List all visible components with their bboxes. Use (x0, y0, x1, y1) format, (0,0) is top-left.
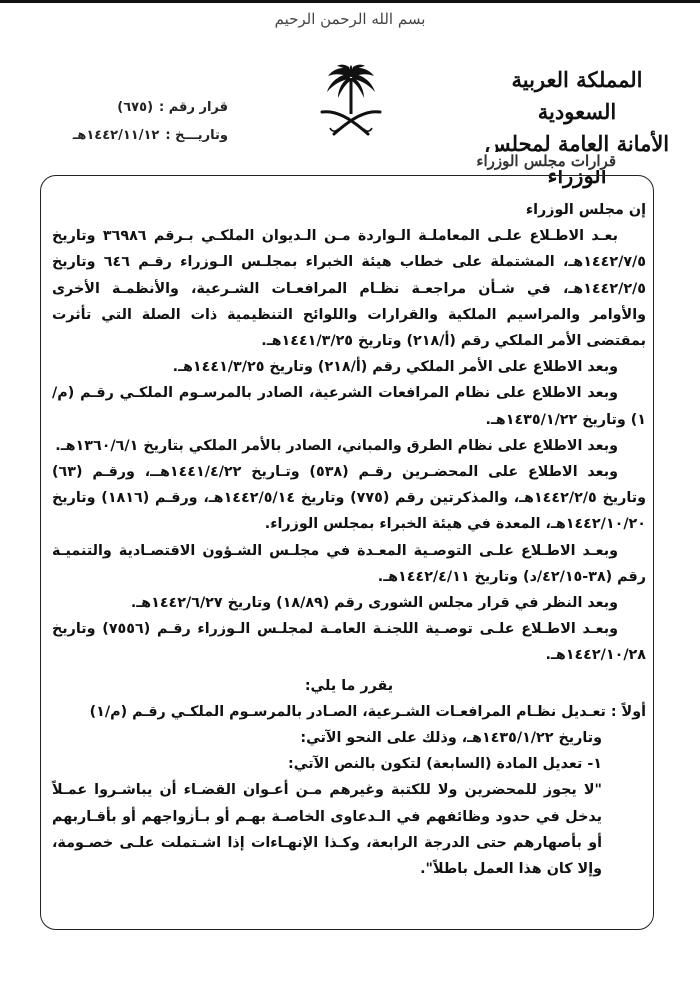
saudi-emblem-icon (316, 62, 386, 144)
first-clause: أولاً : تعـديل نظـام المرافعـات الشـرعية… (52, 699, 646, 725)
amended-article-text: "لا يجوز للمحضرين ولا للكتبة وغيرهم مـن … (52, 777, 646, 882)
recital-paragraph: وبعد الاطلاع على نظام الطرق والمباني، ال… (52, 433, 646, 459)
recital-paragraph: وبعد الاطلاع على الأمر الملكي رقم (أ/٢١٨… (52, 354, 646, 380)
decision-body: إن مجلس الوزراء بعـد الاطـلاع علـى المعا… (52, 197, 646, 882)
recital-paragraph: وبعـد الاطـلاع علـى توصـية اللجنـة العام… (52, 616, 646, 668)
letterhead-kingdom: المملكة العربية السعودية (482, 64, 672, 128)
decision-date-label: وتاريـــخ : (165, 122, 228, 150)
recital-paragraph: وبعد الاطلاع على نظام المرافعات الشرعية،… (52, 380, 646, 432)
recital-paragraph: وبعد الاطلاع على المحضـرين رقـم (٥٣٨) وت… (52, 459, 646, 538)
decision-number: (٦٧٥) (117, 94, 153, 122)
decision-date: ١٤٤٢/١١/١٢هـ (73, 122, 159, 150)
decision-meta: قرار رقم : (٦٧٥) وتاريـــخ : ١٤٤٢/١١/١٢ه… (28, 94, 228, 150)
recital-paragraph: بعـد الاطـلاع علـى المعاملـة الـواردة مـ… (52, 223, 646, 354)
recital-paragraph: وبعـد الاطـلاع علـى التوصـية المعـدة في … (52, 538, 646, 590)
recital-paragraph: وبعد النظر في قرار مجلس الشورى رقم (١٨/٨… (52, 590, 646, 616)
decision-number-row: قرار رقم : (٦٧٥) (28, 94, 228, 122)
amendment-item-1: ١- تعديل المادة (السابعة) لتكون بالنص ال… (52, 751, 646, 777)
page-top-rule (0, 0, 700, 3)
decides-heading: يقرر ما يلي: (52, 673, 646, 699)
letterhead: المملكة العربية السعودية الأمانة العامة … (482, 64, 672, 192)
council-decisions-label: قرارات مجلس الوزراء (470, 152, 622, 170)
opening-line: إن مجلس الوزراء (52, 197, 646, 223)
first-clause-continuation: وتاريخ ١٤٣٥/١/٢٢هـ، وذلك على النحو الآتي… (52, 725, 646, 751)
basmala-header: بسم الله الرحمن الرحيم (0, 10, 700, 28)
decision-number-label: قرار رقم : (159, 94, 228, 122)
decision-date-row: وتاريـــخ : ١٤٤٢/١١/١٢هـ (28, 122, 228, 150)
